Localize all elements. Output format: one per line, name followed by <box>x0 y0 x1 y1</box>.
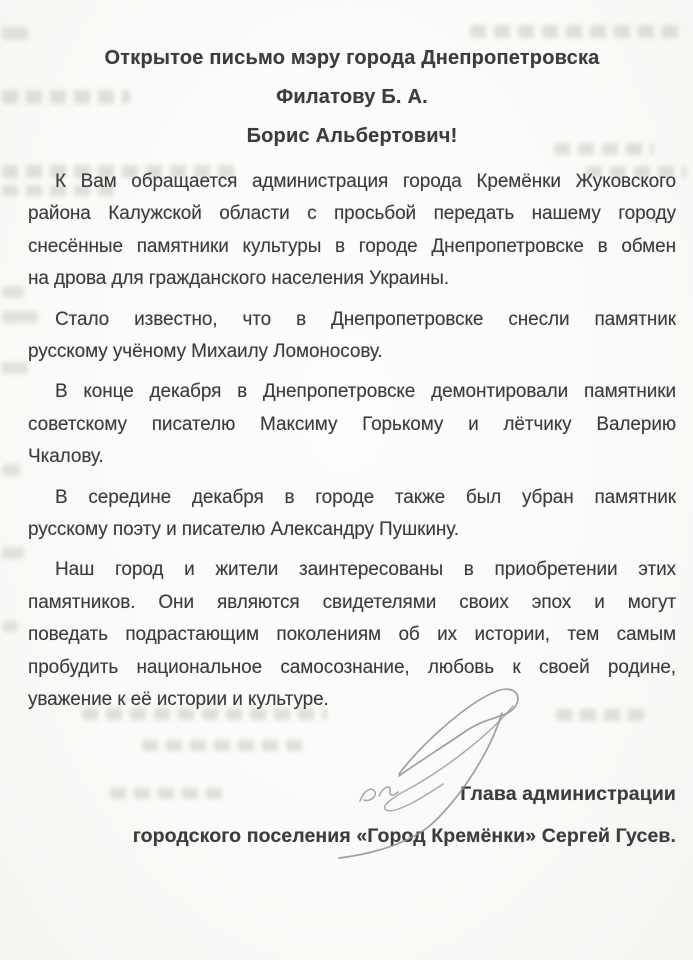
bleed-through-artifact <box>2 464 20 476</box>
letter-paragraph: Стало известно, что в Днепропетровске сн… <box>28 304 676 369</box>
text-line: снесённые памятники культуры в городе Дн… <box>28 231 676 263</box>
scanned-letter-page: Открытое письмо мэру города Днепропетров… <box>0 0 693 960</box>
letter-title: Открытое письмо мэру города Днепропетров… <box>28 47 676 70</box>
letter-body: К Вам обращается администрация города Кр… <box>28 166 676 725</box>
text-line: советскому писателю Максиму Горькому и л… <box>28 409 676 441</box>
letter-paragraph: Наш город и жители заинтересованы в прио… <box>28 554 676 716</box>
bleed-through-artifact <box>2 27 28 40</box>
text-line: уважение к её истории и культуре. <box>28 684 676 716</box>
bleed-through-artifact <box>110 788 225 799</box>
text-line: К Вам обращается администрация города Кр… <box>28 166 676 198</box>
letter-addressee: Филатову Б. А. <box>28 86 676 109</box>
signature-name-line: городского поселения «Город Кремёнки» Се… <box>133 825 676 848</box>
text-line: Чкалову. <box>28 441 676 473</box>
letter-paragraph: В середине декабря в городе также был уб… <box>28 482 676 547</box>
text-line: района Калужской области с просьбой пере… <box>28 198 676 230</box>
letter-paragraph: К Вам обращается администрация города Кр… <box>28 166 676 296</box>
bleed-through-artifact <box>2 547 24 559</box>
text-line: на дрова для гражданского населения Укра… <box>28 263 676 295</box>
bleed-through-artifact <box>142 740 307 751</box>
text-line: памятников. Они являются свидетелями сво… <box>28 587 676 619</box>
text-line: поведать подрастающим поколениям об их и… <box>28 619 676 651</box>
text-line: В конце декабря в Днепропетровске демонт… <box>28 376 676 408</box>
bleed-through-artifact <box>470 25 682 38</box>
letter-salutation: Борис Альбертович! <box>28 125 676 148</box>
bleed-through-artifact <box>2 621 18 632</box>
bleed-through-artifact <box>2 362 28 374</box>
text-line: В середине декабря в городе также был уб… <box>28 482 676 514</box>
text-line: русскому учёному Михаилу Ломоносову. <box>28 336 676 368</box>
text-line: Наш город и жители заинтересованы в прио… <box>28 554 676 586</box>
signature-role-line: Глава администрации <box>460 783 676 806</box>
letter-paragraph: В конце декабря в Днепропетровске демонт… <box>28 376 676 473</box>
text-line: Стало известно, что в Днепропетровске сн… <box>28 304 676 336</box>
bleed-through-artifact <box>2 286 24 298</box>
text-line: пробудить национальное самосознание, люб… <box>28 652 676 684</box>
letter-heading: Открытое письмо мэру города Днепропетров… <box>28 47 676 164</box>
text-line: русскому поэту и писателю Александру Пуш… <box>28 514 676 546</box>
